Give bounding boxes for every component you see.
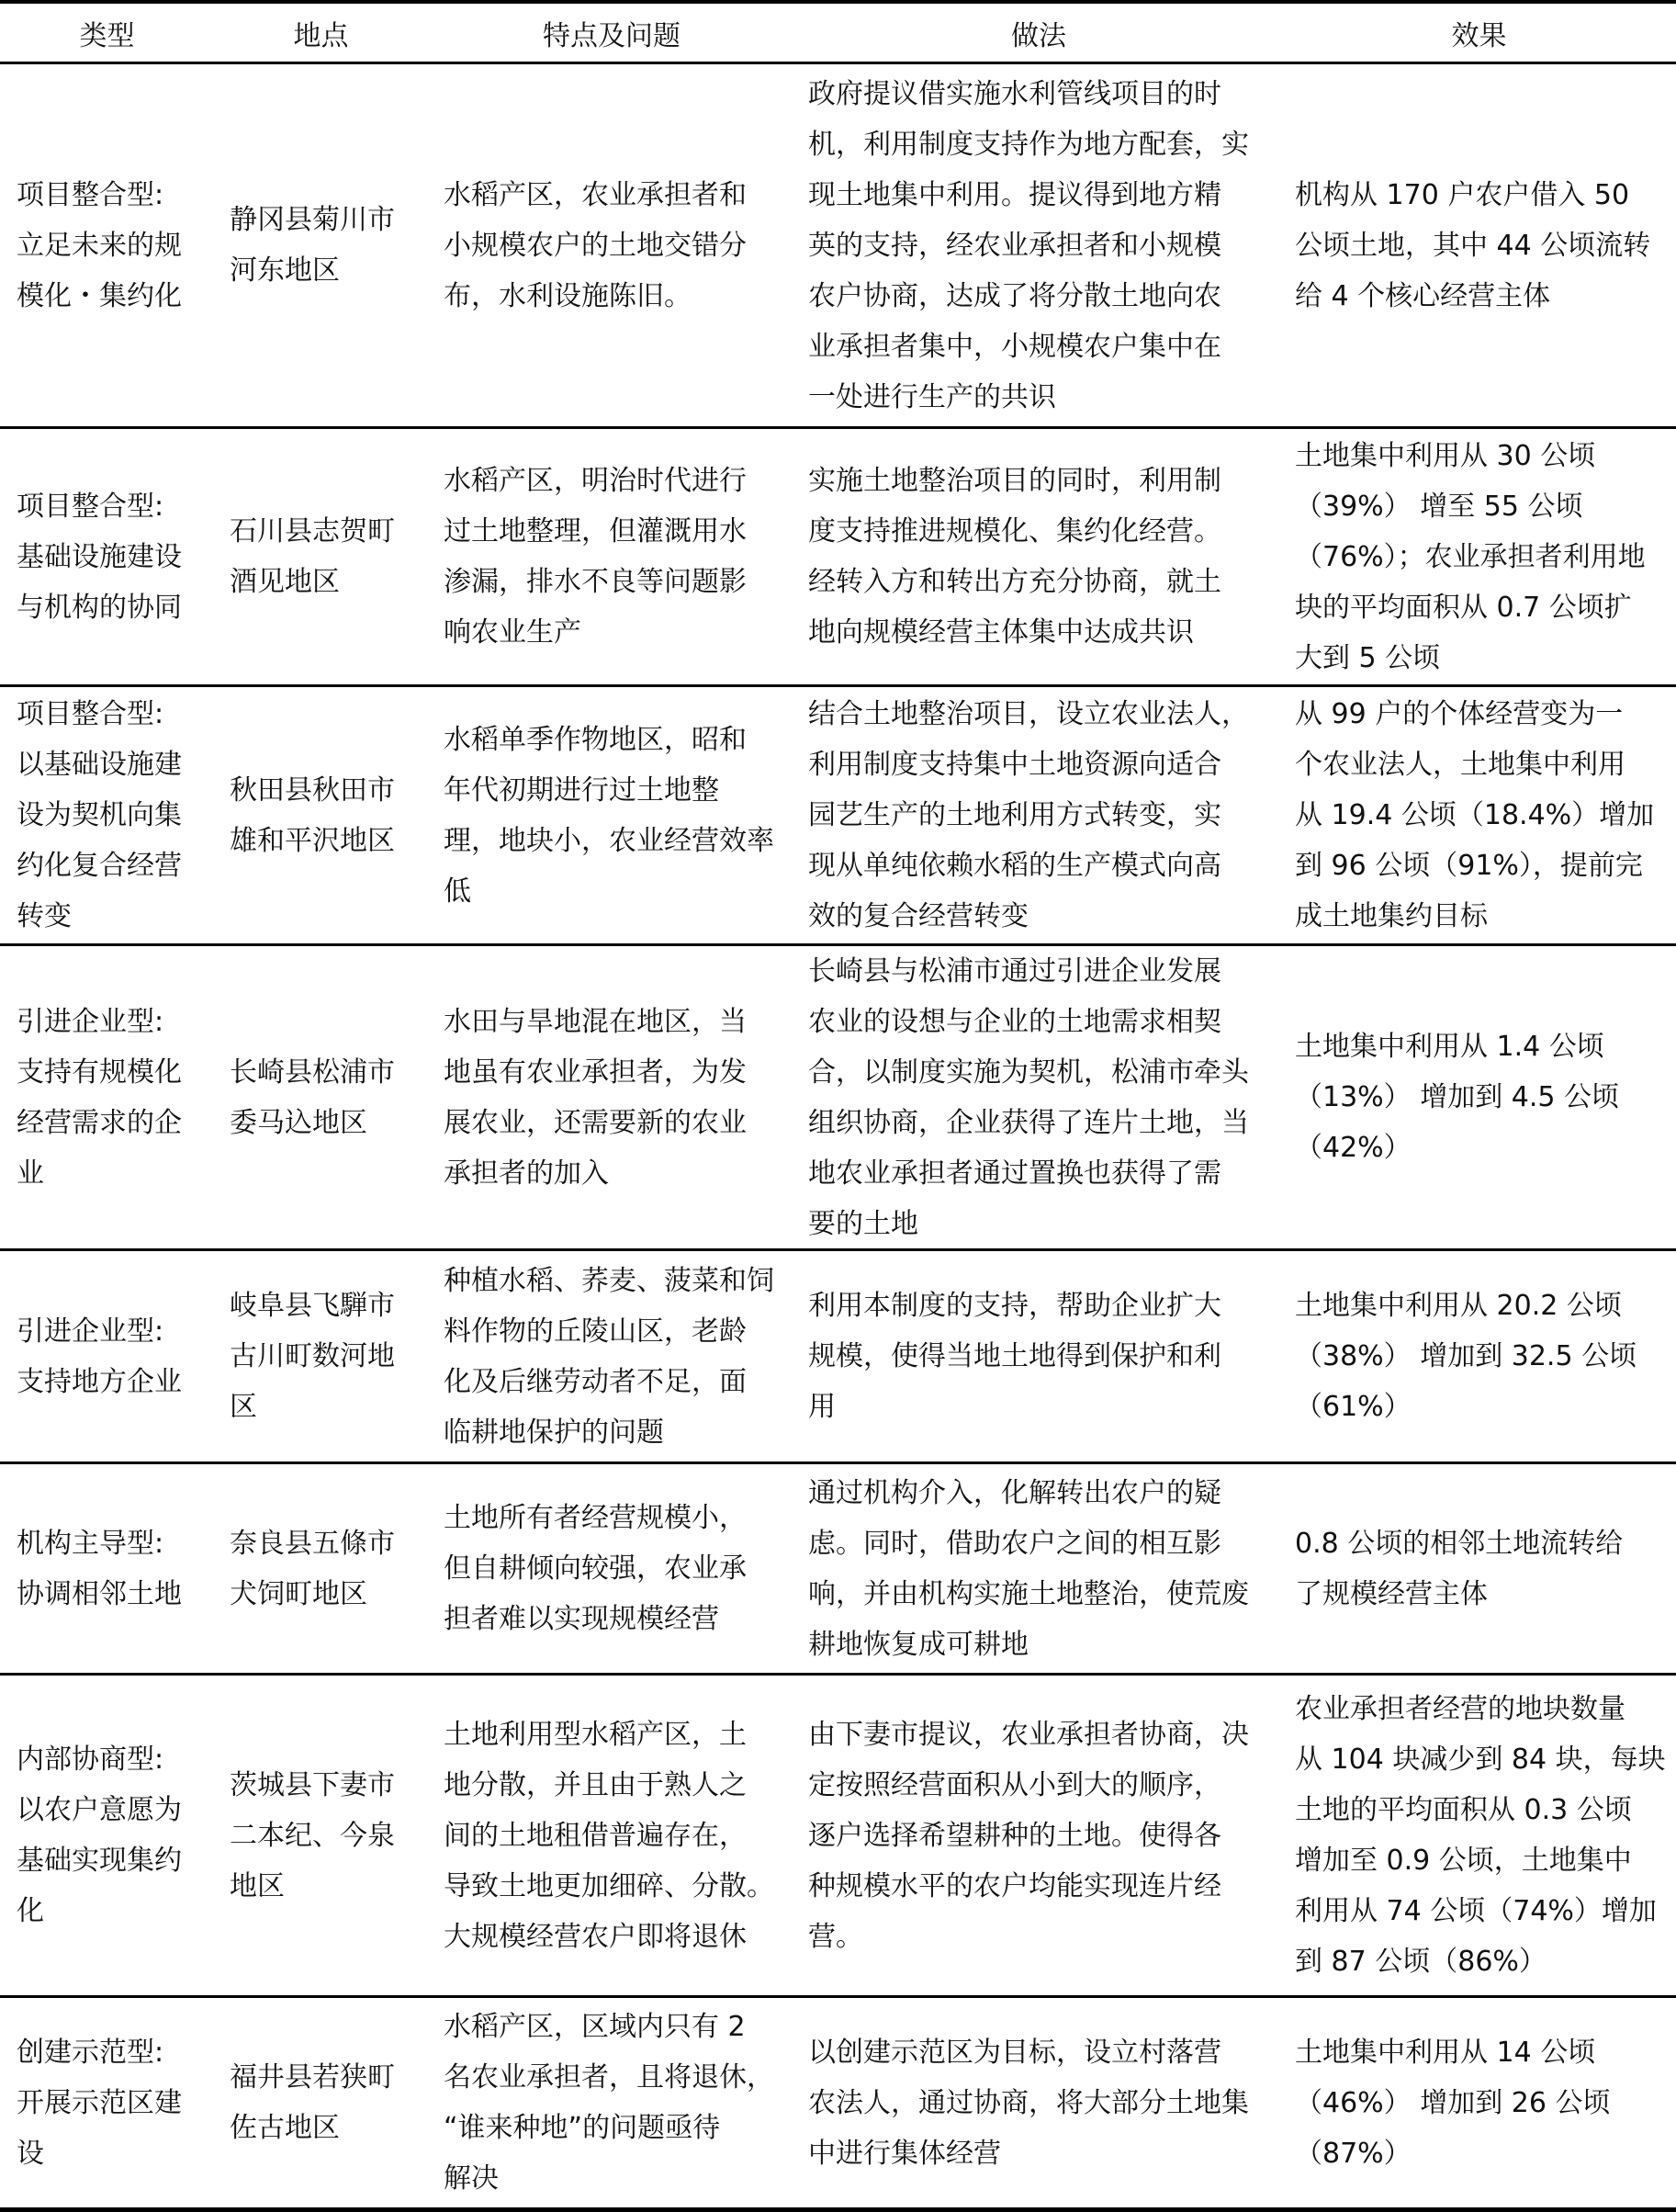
text-line: 委马込地区 <box>230 1098 413 1148</box>
text-line: 园艺生产的土地利用方式转变，实 <box>808 790 1267 841</box>
text-line: 耕地恢复成可耕地 <box>808 1619 1267 1670</box>
text-line: 古川町数河地 <box>230 1331 413 1382</box>
cell-effect: 土地集中利用从 14 公顷（46%） 增加到 26 公顷（87%） <box>1295 1998 1662 2207</box>
text-line: 组织协商，企业获得了连片土地，当 <box>808 1098 1267 1148</box>
cell-approach-text: 实施土地整治项目的同时，利用制度支持推进规模化、集约化经营。经转入方和转出方充分… <box>808 456 1267 658</box>
text-line: 虑。同时，借助农户之间的相互影 <box>808 1518 1267 1569</box>
cell-type-text: 内部协商型:以农户意愿为基础实现集约化 <box>17 1734 200 1936</box>
text-line: 经营需求的企 <box>17 1098 200 1148</box>
text-line: 长崎县松浦市 <box>230 1047 413 1098</box>
text-line: 开展示范区建 <box>17 2078 200 2128</box>
table-row: 内部协商型:以农户意愿为基础实现集约化茨城县下妻市二本纪、今泉地区土地利用型水稻… <box>0 1676 1676 1995</box>
cell-effect: 从 99 户的个体经营变为一个农业法人，土地集中利用从 19.4 公顷（18.4… <box>1295 687 1662 943</box>
text-line: 水稻产区，区域内只有 2 <box>444 2002 783 2052</box>
cell-effect-text: 农业承担者经营的地块数量从 104 块减少到 84 块，每块土地的平均面积从 0… <box>1295 1684 1662 1987</box>
text-line: 间的土地租借普遍存在， <box>444 1811 783 1861</box>
text-line: 大规模经营农户即将退休 <box>444 1912 783 1962</box>
text-line: 支持地方企业 <box>17 1357 200 1407</box>
cell-effect: 机构从 170 户农户借入 50公顷土地，其中 44 公顷流转给 4 个核心经营… <box>1295 64 1662 426</box>
cell-approach: 结合土地整治项目，设立农业法人，利用制度支持集中土地资源向适合园艺生产的土地利用… <box>808 687 1272 943</box>
text-line: 种规模水平的农户均能实现连片经 <box>808 1861 1267 1912</box>
text-line: 化及后继劳动者不足，面 <box>444 1357 783 1407</box>
text-line: 现土地集中利用。提议得到地方精 <box>808 170 1267 220</box>
cell-type: 项目整合型:以基础设施建设为契机向集约化复合经营转变 <box>17 687 214 943</box>
text-line: 由下妻市提议，农业承担者协商，决 <box>808 1710 1267 1760</box>
text-line: 机，利用制度支持作为地方配套，实 <box>808 119 1267 170</box>
text-line: （13%） 增加到 4.5 公顷 <box>1295 1072 1662 1123</box>
cell-approach-text: 政府提议借实施水利管线项目的时机，利用制度支持作为地方配套，实现土地集中利用。提… <box>808 69 1267 423</box>
cell-features: 种植水稻、荞麦、菠菜和饲料作物的丘陵山区，老龄化及后继劳动者不足，面临耕地保护的… <box>444 1251 793 1461</box>
text-line: 一处进行生产的共识 <box>808 372 1267 423</box>
text-line: 机构主导型: <box>17 1518 200 1569</box>
text-line: 规模，使得当地土地得到保护和利 <box>808 1331 1267 1382</box>
cell-effect-text: 0.8 公顷的相邻土地流转给了规模经营主体 <box>1295 1518 1662 1619</box>
text-line: 承担者的加入 <box>444 1148 783 1199</box>
cell-features: 水田与旱地混在地区，当地虽有农业承担者，为发展农业，还需要新的农业承担者的加入 <box>444 946 793 1248</box>
table-row: 创建示范型:开展示范区建设福井县若狭町佐古地区水稻产区，区域内只有 2名农业承担… <box>0 1998 1676 2207</box>
text-line: 从 104 块减少到 84 块，每块 <box>1295 1734 1662 1785</box>
text-line: 石川县志贺町 <box>230 506 413 557</box>
text-line: 水稻产区，农业承担者和 <box>444 170 783 220</box>
text-line: 到 87 公顷（86%） <box>1295 1936 1662 1987</box>
header-type: 类型 <box>0 4 214 62</box>
text-line: 给 4 个核心经营主体 <box>1295 271 1662 322</box>
text-line: 要的土地 <box>808 1199 1267 1249</box>
cell-type: 内部协商型:以农户意愿为基础实现集约化 <box>17 1676 214 1995</box>
text-line: 临耕地保护的问题 <box>444 1407 783 1458</box>
text-line: 河东地区 <box>230 245 413 296</box>
cell-approach-text: 利用本制度的支持，帮助企业扩大规模，使得当地土地得到保护和利用 <box>808 1281 1267 1432</box>
text-line: 个农业法人，土地集中利用 <box>1295 739 1662 790</box>
cell-type-text: 项目整合型:立足未来的规模化・集约化 <box>17 170 200 322</box>
text-line: 度支持推进规模化、集约化经营。 <box>808 506 1267 557</box>
text-line: 佐古地区 <box>230 2103 413 2153</box>
text-line: 水稻产区，明治时代进行 <box>444 456 783 506</box>
text-line: 大到 5 公顷 <box>1295 633 1662 683</box>
cell-features: 土地利用型水稻产区，土地分散，并且由于熟人之间的土地租借普遍存在，导致土地更加细… <box>444 1676 793 1995</box>
cell-type: 项目整合型:基础设施建设与机构的协同 <box>17 429 214 684</box>
text-line: 项目整合型: <box>17 481 200 532</box>
text-line: 小规模农户的土地交错分 <box>444 220 783 271</box>
text-line: 中进行集体经营 <box>808 2128 1267 2179</box>
text-line: 基础设施建设 <box>17 532 200 582</box>
text-line: 引进企业型: <box>17 997 200 1047</box>
cell-features-text: 种植水稻、荞麦、菠菜和饲料作物的丘陵山区，老龄化及后继劳动者不足，面临耕地保护的… <box>444 1256 783 1458</box>
text-line: 地向规模经营主体集中达成共识 <box>808 607 1267 658</box>
table-row: 机构主导型:协调相邻土地奈良县五條市犬饲町地区土地所有者经营规模小，但自耕倾向较… <box>0 1464 1676 1673</box>
land-consolidation-case-table: 类型 地点 特点及问题 做法 效果 项目整合型:立足未来的规模化・集约化静冈县菊… <box>0 0 1676 2212</box>
text-line: 土地所有者经营规模小， <box>444 1493 783 1543</box>
cell-approach: 利用本制度的支持，帮助企业扩大规模，使得当地土地得到保护和利用 <box>808 1251 1272 1461</box>
text-line: 到 96 公顷（91%），提前完 <box>1295 841 1662 891</box>
cell-approach-text: 通过机构介入，化解转出农户的疑虑。同时，借助农户之间的相互影响，并由机构实施土地… <box>808 1468 1267 1670</box>
text-line: 项目整合型: <box>17 689 200 739</box>
text-line: 但自耕倾向较强，农业承 <box>444 1543 783 1594</box>
text-line: 内部协商型: <box>17 1734 200 1785</box>
cell-location: 石川县志贺町酒见地区 <box>230 429 427 684</box>
table-row: 引进企业型:支持地方企业岐阜县飞騨市古川町数河地区种植水稻、荞麦、菠菜和饲料作物… <box>0 1251 1676 1461</box>
text-line: 增加至 0.9 公顷，土地集中 <box>1295 1835 1662 1886</box>
text-line: 创建示范型: <box>17 2027 200 2078</box>
text-line: 担者难以实现规模经营 <box>444 1594 783 1644</box>
cell-features: 水稻产区，区域内只有 2名农业承担者，且将退休，“谁来种地”的问题亟待解决 <box>444 1998 793 2207</box>
cell-features-text: 土地利用型水稻产区，土地分散，并且由于熟人之间的土地租借普遍存在，导致土地更加细… <box>444 1710 783 1962</box>
text-line: （42%） <box>1295 1123 1662 1173</box>
text-line: （39%） 增至 55 公顷 <box>1295 481 1662 532</box>
text-line: 过土地整理，但灌溉用水 <box>444 506 783 557</box>
text-line: 解决 <box>444 2153 783 2204</box>
cell-type-text: 引进企业型:支持地方企业 <box>17 1306 200 1407</box>
cell-approach: 政府提议借实施水利管线项目的时机，利用制度支持作为地方配套，实现土地集中利用。提… <box>808 64 1272 426</box>
cell-effect: 土地集中利用从 30 公顷（39%） 增至 55 公顷（76%）；农业承担者利用… <box>1295 429 1662 684</box>
text-line: 名农业承担者，且将退休， <box>444 2052 783 2103</box>
text-line: 逐户选择希望耕种的土地。使得各 <box>808 1811 1267 1861</box>
text-line: 布，水利设施陈旧。 <box>444 271 783 322</box>
text-line: 秋田县秋田市 <box>230 765 413 816</box>
cell-features: 水稻产区，农业承担者和小规模农户的土地交错分布，水利设施陈旧。 <box>444 64 793 426</box>
text-line: 酒见地区 <box>230 557 413 607</box>
text-line: 地农业承担者通过置换也获得了需 <box>808 1148 1267 1199</box>
text-line: 支持有规模化 <box>17 1047 200 1098</box>
text-line: 响农业生产 <box>444 607 783 658</box>
text-line: 以创建示范区为目标，设立村落营 <box>808 2027 1267 2078</box>
header-approach: 做法 <box>795 4 1282 62</box>
text-line: 农法人，通过协商，将大部分土地集 <box>808 2078 1267 2128</box>
cell-approach-text: 由下妻市提议，农业承担者协商，决定按照经营面积从小到大的顺序，逐户选择希望耕种的… <box>808 1710 1267 1962</box>
text-line: 模化・集约化 <box>17 271 200 322</box>
cell-location: 静冈县菊川市河东地区 <box>230 64 427 426</box>
text-line: 成土地集约目标 <box>1295 891 1662 942</box>
text-line: 福井县若狭町 <box>230 2052 413 2103</box>
header-effect: 效果 <box>1282 4 1676 62</box>
text-line: 英的支持，经农业承担者和小规模 <box>808 220 1267 271</box>
cell-effect-text: 土地集中利用从 1.4 公顷（13%） 增加到 4.5 公顷（42%） <box>1295 1021 1662 1173</box>
text-line: 利用本制度的支持，帮助企业扩大 <box>808 1281 1267 1331</box>
text-line: （46%） 增加到 26 公顷 <box>1295 2078 1662 2128</box>
table-row: 项目整合型:立足未来的规模化・集约化静冈县菊川市河东地区水稻产区，农业承担者和小… <box>0 64 1676 426</box>
text-line: 实施土地整治项目的同时，利用制 <box>808 456 1267 506</box>
text-line: 业 <box>17 1148 200 1199</box>
text-line: （76%）；农业承担者利用地 <box>1295 532 1662 582</box>
text-line: 转变 <box>17 891 200 942</box>
cell-approach: 通过机构介入，化解转出农户的疑虑。同时，借助农户之间的相互影响，并由机构实施土地… <box>808 1464 1272 1673</box>
text-line: 项目整合型: <box>17 170 200 220</box>
cell-features-text: 水稻单季作物地区，昭和年代初期进行过土地整理，地块小，农业经营效率低 <box>444 715 783 917</box>
cell-features-text: 水稻产区，农业承担者和小规模农户的土地交错分布，水利设施陈旧。 <box>444 170 783 322</box>
bottom-rule <box>0 2207 1676 2212</box>
text-line: 用 <box>808 1382 1267 1432</box>
text-line: 岐阜县飞騨市 <box>230 1281 413 1331</box>
cell-location-text: 茨城县下妻市二本纪、今泉地区 <box>230 1760 413 1912</box>
text-line: 协调相邻土地 <box>17 1569 200 1619</box>
cell-type-text: 项目整合型:以基础设施建设为契机向集约化复合经营转变 <box>17 689 200 942</box>
text-line: 块的平均面积从 0.7 公顷扩 <box>1295 582 1662 633</box>
text-line: 地区 <box>230 1861 413 1912</box>
text-line: 0.8 公顷的相邻土地流转给 <box>1295 1518 1662 1569</box>
header-features: 特点及问题 <box>428 4 795 62</box>
table-row: 项目整合型:基础设施建设与机构的协同石川县志贺町酒见地区水稻产区，明治时代进行过… <box>0 429 1676 684</box>
text-line: 理，地块小，农业经营效率 <box>444 816 783 866</box>
text-line: 区 <box>230 1382 413 1432</box>
cell-approach-text: 结合土地整治项目，设立农业法人，利用制度支持集中土地资源向适合园艺生产的土地利用… <box>808 689 1267 942</box>
text-line: 响，并由机构实施土地整治，使荒废 <box>808 1569 1267 1619</box>
text-line: 年代初期进行过土地整 <box>444 765 783 816</box>
text-line: 效的复合经营转变 <box>808 891 1267 942</box>
text-line: 经转入方和转出方充分协商，就土 <box>808 557 1267 607</box>
text-line: （87%） <box>1295 2128 1662 2179</box>
cell-approach-text: 长崎县与松浦市通过引进企业发展农业的设想与企业的土地需求相契合，以制度实施为契机… <box>808 946 1267 1249</box>
text-line: 土地的平均面积从 0.3 公顷 <box>1295 1785 1662 1835</box>
text-line: 导致土地更加细碎、分散。 <box>444 1861 783 1912</box>
cell-location-text: 福井县若狭町佐古地区 <box>230 2052 413 2153</box>
header-location: 地点 <box>214 4 428 62</box>
text-line: 营。 <box>808 1912 1267 1962</box>
cell-type-text: 引进企业型:支持有规模化经营需求的企业 <box>17 997 200 1199</box>
text-line: 引进企业型: <box>17 1306 200 1357</box>
text-line: 与机构的协同 <box>17 582 200 633</box>
cell-location: 茨城县下妻市二本纪、今泉地区 <box>230 1676 427 1995</box>
cell-type: 引进企业型:支持地方企业 <box>17 1251 214 1461</box>
text-line: 以农户意愿为 <box>17 1785 200 1835</box>
text-line: 通过机构介入，化解转出农户的疑 <box>808 1468 1267 1518</box>
text-line: （61%） <box>1295 1382 1662 1432</box>
text-line: 政府提议借实施水利管线项目的时 <box>808 69 1267 119</box>
cell-effect: 土地集中利用从 1.4 公顷（13%） 增加到 4.5 公顷（42%） <box>1295 946 1662 1248</box>
text-line: 渗漏，排水不良等问题影 <box>444 557 783 607</box>
text-line: 结合土地整治项目，设立农业法人， <box>808 689 1267 739</box>
text-line: 合，以制度实施为契机，松浦市牵头 <box>808 1047 1267 1098</box>
cell-effect-text: 机构从 170 户农户借入 50公顷土地，其中 44 公顷流转给 4 个核心经营… <box>1295 170 1662 322</box>
text-line: 利用从 74 公顷（74%）增加 <box>1295 1886 1662 1936</box>
cell-location-text: 长崎县松浦市委马込地区 <box>230 1047 413 1148</box>
cell-effect: 0.8 公顷的相邻土地流转给了规模经营主体 <box>1295 1464 1662 1673</box>
text-line: （38%） 增加到 32.5 公顷 <box>1295 1331 1662 1382</box>
cell-features: 土地所有者经营规模小，但自耕倾向较强，农业承担者难以实现规模经营 <box>444 1464 793 1673</box>
cell-approach: 实施土地整治项目的同时，利用制度支持推进规模化、集约化经营。经转入方和转出方充分… <box>808 429 1272 684</box>
cell-features-text: 水稻产区，区域内只有 2名农业承担者，且将退休，“谁来种地”的问题亟待解决 <box>444 2002 783 2204</box>
text-line: 奈良县五條市 <box>230 1518 413 1569</box>
cell-type: 机构主导型:协调相邻土地 <box>17 1464 214 1673</box>
cell-features-text: 土地所有者经营规模小，但自耕倾向较强，农业承担者难以实现规模经营 <box>444 1493 783 1644</box>
cell-location-text: 奈良县五條市犬饲町地区 <box>230 1518 413 1619</box>
text-line: 从 19.4 公顷（18.4%）增加 <box>1295 790 1662 841</box>
cell-features: 水稻单季作物地区，昭和年代初期进行过土地整理，地块小，农业经营效率低 <box>444 687 793 943</box>
cell-approach: 以创建示范区为目标，设立村落营农法人，通过协商，将大部分土地集中进行集体经营 <box>808 1998 1272 2207</box>
cell-type: 项目整合型:立足未来的规模化・集约化 <box>17 64 214 426</box>
table-row: 项目整合型:以基础设施建设为契机向集约化复合经营转变秋田县秋田市雄和平沢地区水稻… <box>0 687 1676 943</box>
text-line: 地虽有农业承担者，为发 <box>444 1047 783 1098</box>
text-line: 立足未来的规 <box>17 220 200 271</box>
cell-location-text: 岐阜县飞騨市古川町数河地区 <box>230 1281 413 1432</box>
text-line: 基础实现集约 <box>17 1835 200 1886</box>
cell-type: 引进企业型:支持有规模化经营需求的企业 <box>17 946 214 1248</box>
text-line: 农业的设想与企业的土地需求相契 <box>808 997 1267 1047</box>
text-line: 种植水稻、荞麦、菠菜和饲 <box>444 1256 783 1306</box>
cell-features-text: 水田与旱地混在地区，当地虽有农业承担者，为发展农业，还需要新的农业承担者的加入 <box>444 997 783 1199</box>
text-line: 定按照经营面积从小到大的顺序， <box>808 1760 1267 1811</box>
text-line: 地分散，并且由于熟人之 <box>444 1760 783 1811</box>
text-line: 犬饲町地区 <box>230 1569 413 1619</box>
text-line: 土地集中利用从 20.2 公顷 <box>1295 1281 1662 1331</box>
text-line: 约化复合经营 <box>17 841 200 891</box>
text-line: 化 <box>17 1886 200 1936</box>
text-line: 以基础设施建 <box>17 739 200 790</box>
text-line: 料作物的丘陵山区，老龄 <box>444 1306 783 1357</box>
text-line: 设 <box>17 2128 200 2179</box>
cell-approach: 长崎县与松浦市通过引进企业发展农业的设想与企业的土地需求相契合，以制度实施为契机… <box>808 946 1272 1248</box>
text-line: 机构从 170 户农户借入 50 <box>1295 170 1662 220</box>
cell-features-text: 水稻产区，明治时代进行过土地整理，但灌溉用水渗漏，排水不良等问题影响农业生产 <box>444 456 783 658</box>
cell-location: 岐阜县飞騨市古川町数河地区 <box>230 1251 427 1461</box>
text-line: 水田与旱地混在地区，当 <box>444 997 783 1047</box>
cell-type-text: 机构主导型:协调相邻土地 <box>17 1518 200 1619</box>
cell-location: 长崎县松浦市委马込地区 <box>230 946 427 1248</box>
text-line: 土地集中利用从 1.4 公顷 <box>1295 1021 1662 1072</box>
cell-effect: 土地集中利用从 20.2 公顷（38%） 增加到 32.5 公顷（61%） <box>1295 1251 1662 1461</box>
text-line: 公顷土地，其中 44 公顷流转 <box>1295 220 1662 271</box>
cell-type: 创建示范型:开展示范区建设 <box>17 1998 214 2207</box>
text-line: 静冈县菊川市 <box>230 195 413 245</box>
text-line: 水稻单季作物地区，昭和 <box>444 715 783 765</box>
cell-features: 水稻产区，明治时代进行过土地整理，但灌溉用水渗漏，排水不良等问题影响农业生产 <box>444 429 793 684</box>
text-line: 农户协商，达成了将分散土地向农 <box>808 271 1267 322</box>
text-line: 低 <box>444 866 783 917</box>
cell-effect-text: 土地集中利用从 30 公顷（39%） 增至 55 公顷（76%）；农业承担者利用… <box>1295 431 1662 683</box>
text-line: 业承担者集中，小规模农户集中在 <box>808 322 1267 372</box>
text-line: 土地利用型水稻产区，土 <box>444 1710 783 1760</box>
cell-effect: 农业承担者经营的地块数量从 104 块减少到 84 块，每块土地的平均面积从 0… <box>1295 1676 1662 1995</box>
cell-location-text: 秋田县秋田市雄和平沢地区 <box>230 765 413 866</box>
text-line: 土地集中利用从 14 公顷 <box>1295 2027 1662 2078</box>
text-line: 了规模经营主体 <box>1295 1569 1662 1619</box>
text-line: 土地集中利用从 30 公顷 <box>1295 431 1662 481</box>
cell-approach-text: 以创建示范区为目标，设立村落营农法人，通过协商，将大部分土地集中进行集体经营 <box>808 2027 1267 2179</box>
text-line: “谁来种地”的问题亟待 <box>444 2103 783 2153</box>
cell-type-text: 项目整合型:基础设施建设与机构的协同 <box>17 481 200 633</box>
text-line: 从 99 户的个体经营变为一 <box>1295 689 1662 739</box>
text-line: 茨城县下妻市 <box>230 1760 413 1811</box>
cell-effect-text: 从 99 户的个体经营变为一个农业法人，土地集中利用从 19.4 公顷（18.4… <box>1295 689 1662 942</box>
text-line: 二本纪、今泉 <box>230 1811 413 1861</box>
table-row: 引进企业型:支持有规模化经营需求的企业长崎县松浦市委马込地区水田与旱地混在地区，… <box>0 946 1676 1248</box>
cell-location: 秋田县秋田市雄和平沢地区 <box>230 687 427 943</box>
cell-effect-text: 土地集中利用从 20.2 公顷（38%） 增加到 32.5 公顷（61%） <box>1295 1281 1662 1432</box>
text-line: 展农业，还需要新的农业 <box>444 1098 783 1148</box>
cell-location: 福井县若狭町佐古地区 <box>230 1998 427 2207</box>
text-line: 雄和平沢地区 <box>230 816 413 866</box>
cell-approach: 由下妻市提议，农业承担者协商，决定按照经营面积从小到大的顺序，逐户选择希望耕种的… <box>808 1676 1272 1995</box>
text-line: 利用制度支持集中土地资源向适合 <box>808 739 1267 790</box>
cell-type-text: 创建示范型:开展示范区建设 <box>17 2027 200 2179</box>
text-line: 长崎县与松浦市通过引进企业发展 <box>808 946 1267 997</box>
cell-location: 奈良县五條市犬饲町地区 <box>230 1464 427 1673</box>
text-line: 设为契机向集 <box>17 790 200 841</box>
cell-location-text: 石川县志贺町酒见地区 <box>230 506 413 607</box>
text-line: 现从单纯依赖水稻的生产模式向高 <box>808 841 1267 891</box>
cell-effect-text: 土地集中利用从 14 公顷（46%） 增加到 26 公顷（87%） <box>1295 2027 1662 2179</box>
text-line: 农业承担者经营的地块数量 <box>1295 1684 1662 1734</box>
cell-location-text: 静冈县菊川市河东地区 <box>230 195 413 296</box>
